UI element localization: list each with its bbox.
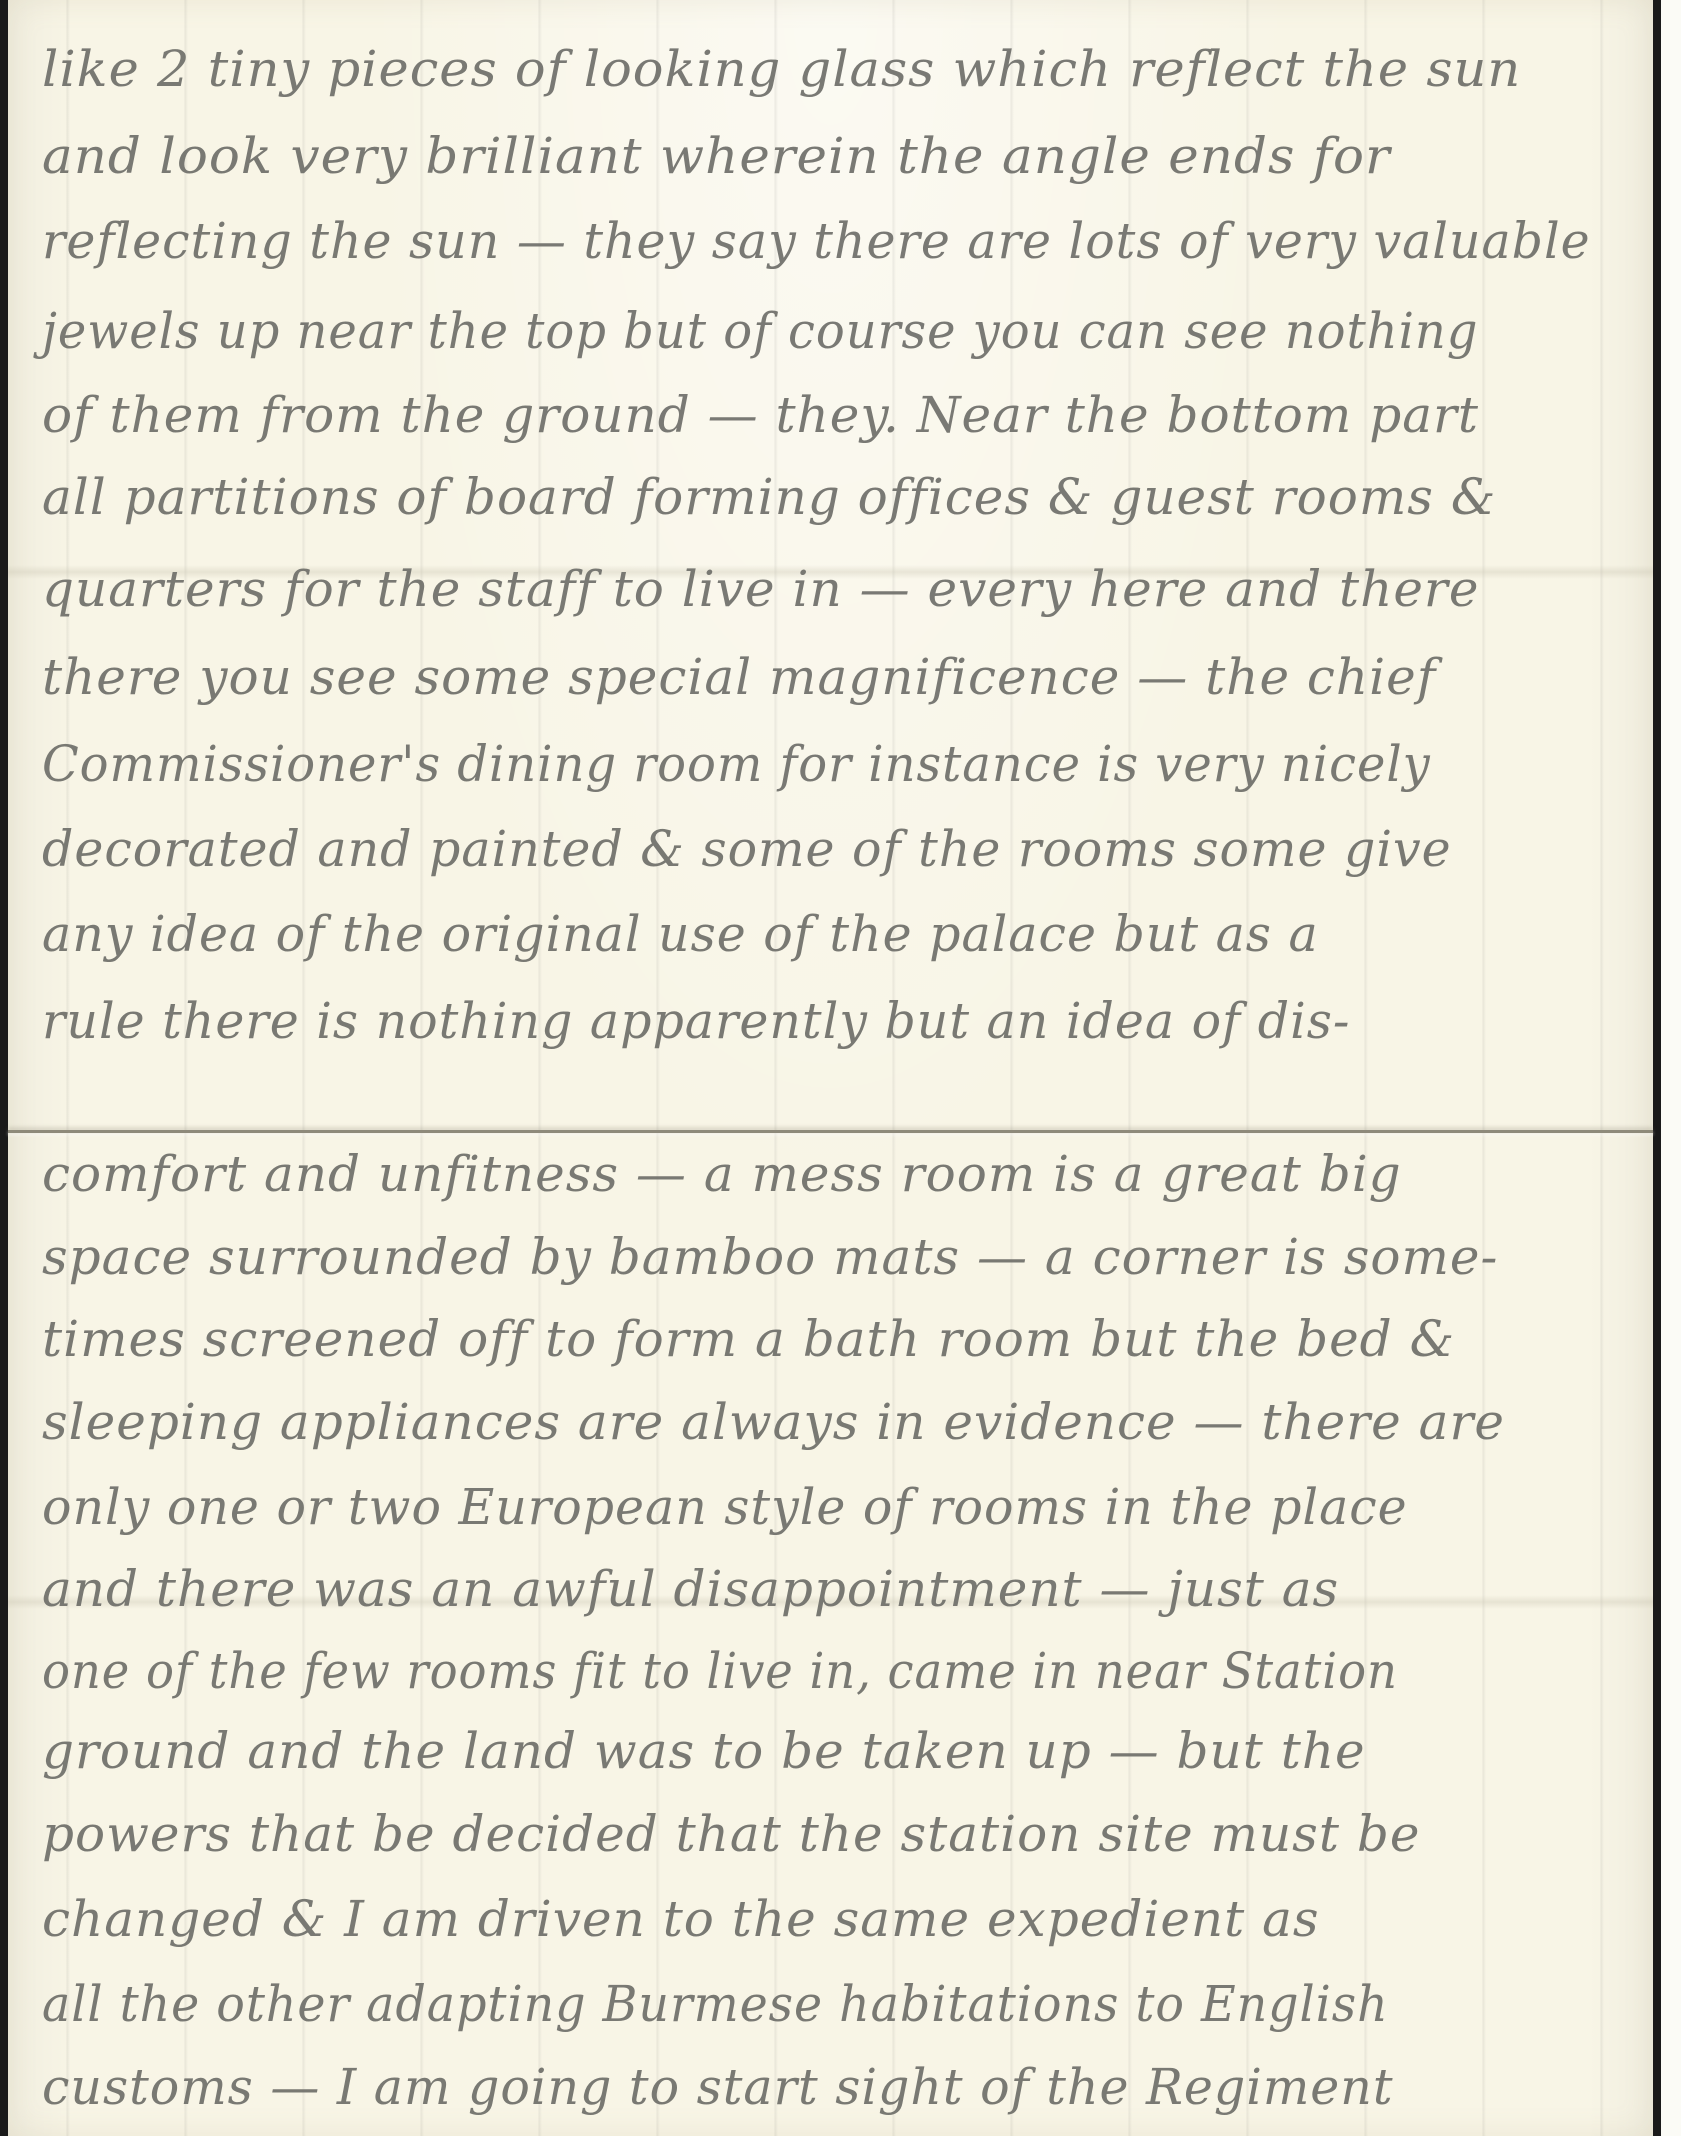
text-line: comfort and unfitness — a mess room is a… — [42, 1145, 1402, 1203]
text-line: all the other adapting Burmese habitatio… — [42, 1975, 1389, 2033]
text-line: one of the few rooms fit to live in, cam… — [42, 1642, 1398, 1700]
text-line: rule there is nothing apparently but an … — [42, 992, 1350, 1050]
text-line: powers that be decided that the station … — [42, 1805, 1420, 1863]
text-line: jewels up near the top but of course you… — [42, 302, 1478, 360]
text-line: space surrounded by bamboo mats — a corn… — [42, 1228, 1498, 1286]
text-line: and look very brilliant wherein the angl… — [42, 127, 1391, 185]
scan-margin — [1661, 0, 1681, 2136]
text-line: there you see some special magnificence … — [42, 648, 1436, 706]
text-line: quarters for the staff to live in — ever… — [42, 560, 1479, 618]
text-line: any idea of the original use of the pala… — [42, 905, 1319, 963]
text-line: reflecting the sun — they say there are … — [42, 212, 1591, 270]
text-line: all partitions of board forming offices … — [42, 468, 1496, 526]
text-line: decorated and painted & some of the room… — [42, 820, 1452, 878]
text-line: times screened off to form a bath room b… — [42, 1310, 1455, 1368]
text-line: ground and the land was to be taken up —… — [42, 1722, 1366, 1780]
text-line: Commissioner's dining room for instance … — [42, 735, 1431, 793]
text-line: sleeping appliances are always in eviden… — [42, 1393, 1505, 1451]
text-line: only one or two European style of rooms … — [42, 1478, 1408, 1536]
text-line: like 2 tiny pieces of looking glass whic… — [42, 40, 1521, 98]
text-line: changed & I am driven to the same expedi… — [42, 1890, 1320, 1948]
text-line: of them from the ground — they. Near the… — [42, 386, 1479, 444]
text-line: customs — I am going to start sight of t… — [42, 2058, 1393, 2116]
text-line: and there was an awful disappointment — … — [42, 1560, 1339, 1618]
